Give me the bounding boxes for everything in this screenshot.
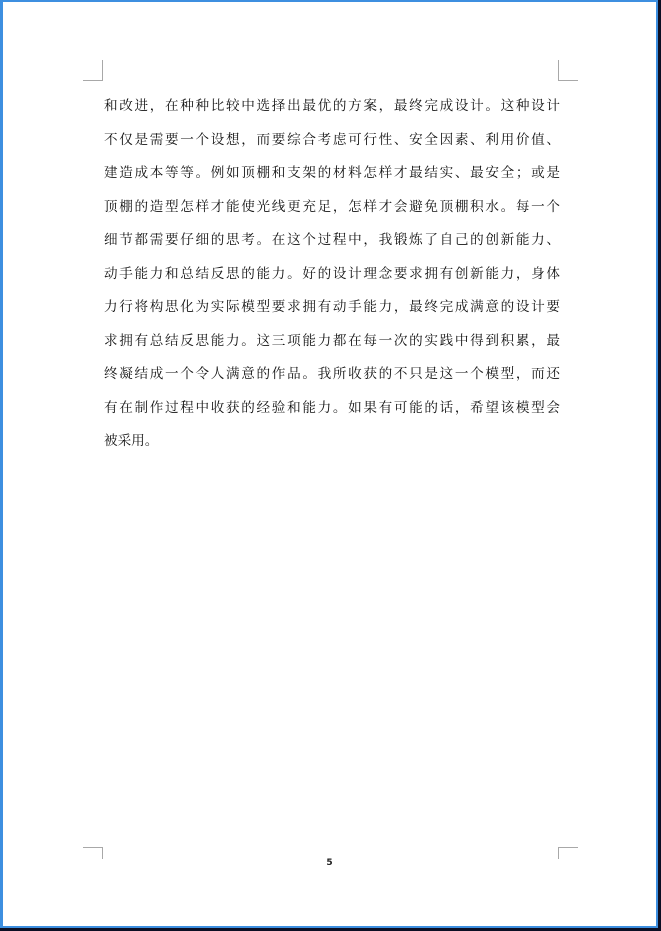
- document-page[interactable]: 和改进，在种种比较中选择出最优的方案，最终完成设计。这种设计 不仅是需要一个设想…: [3, 2, 656, 926]
- corner-mark-top-left: [83, 60, 103, 81]
- text-line: 不仅是需要一个设想，而要综合考虑可行性、安全因素、利用价值、: [104, 124, 560, 158]
- text-line: 动手能力和总结反思的能力。好的设计理念要求拥有创新能力，身体: [104, 258, 560, 292]
- text-line: 和改进，在种种比较中选择出最优的方案，最终完成设计。这种设计: [104, 90, 560, 124]
- body-paragraph[interactable]: 和改进，在种种比较中选择出最优的方案，最终完成设计。这种设计 不仅是需要一个设想…: [104, 90, 560, 459]
- corner-mark-top-right: [558, 60, 578, 81]
- text-line: 有在制作过程中收获的经验和能力。如果有可能的话，希望该模型会: [104, 392, 560, 426]
- text-line: 被采用。: [104, 425, 560, 459]
- text-line: 细节都需要仔细的思考。在这个过程中，我锻炼了自己的创新能力、: [104, 224, 560, 258]
- text-line: 力行将构思化为实际模型要求拥有动手能力，最终完成满意的设计要: [104, 291, 560, 325]
- text-line: 顶棚的造型怎样才能使光线更充足，怎样才会避免顶棚积水。每一个: [104, 191, 560, 225]
- text-line: 终凝结成一个令人满意的作品。我所收获的不只是这一个模型，而还: [104, 358, 560, 392]
- page-number: 5: [3, 858, 656, 868]
- text-line: 求拥有总结反思能力。这三项能力都在每一次的实践中得到积累，最: [104, 325, 560, 359]
- text-line: 建造成本等等。例如顶棚和支架的材料怎样才最结实、最安全；或是: [104, 157, 560, 191]
